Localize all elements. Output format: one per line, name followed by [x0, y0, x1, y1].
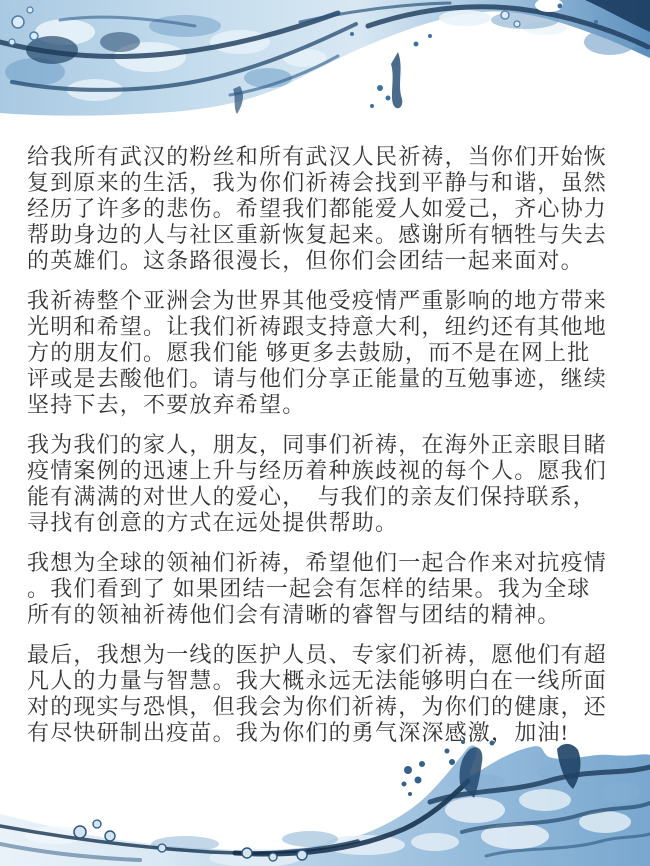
text-line: 所有的领袖祈祷他们会有清晰的睿智与团结的精神。: [27, 602, 627, 628]
water-splash-top-image: [0, 0, 650, 135]
text-line: 最后，我想为一线的医护人员、专家们祈祷，愿他们有超: [27, 642, 627, 668]
text-line: 能有满满的对世人的爱心， 与我们的亲友们保持联系，: [27, 484, 627, 510]
paragraph-family: 我为我们的家人，朋友，同事们祈祷，在海外正亲眼目睹疫情案例的迅速上升与经历着种族…: [27, 432, 627, 536]
prayer-text: 给我所有武汉的粉丝和所有武汉人民祈祷，当你们开始恢复到原来的生活，我为你们祈祷会…: [27, 144, 627, 760]
text-line: 方的朋友们。愿我们能 够更多去鼓励，而不是在网上批: [27, 340, 627, 366]
text-line: 有尽快研制出疫苗。我为你们的勇气深深感激，加油!: [27, 720, 627, 746]
text-line: 经历了许多的悲伤。希望我们都能爱人如爱己，齐心协力: [27, 196, 627, 222]
text-line: 评或是去酸他们。请与他们分享正能量的互勉事迹，继续: [27, 366, 627, 392]
text-line: 复到原来的生活，我为你们祈祷会找到平静与和谐，虽然: [27, 170, 627, 196]
document-page: 给我所有武汉的粉丝和所有武汉人民祈祷，当你们开始恢复到原来的生活，我为你们祈祷会…: [0, 0, 650, 866]
paragraph-medical: 最后，我想为一线的医护人员、专家们祈祷，愿他们有超凡人的力量与智慧。我大概永远无…: [27, 642, 627, 746]
text-line: 疫情案例的迅速上升与经历着种族歧视的每个人。愿我们: [27, 458, 627, 484]
text-line: 坚持下去，不要放弃希望。: [27, 392, 627, 418]
text-line: 帮助身边的人与社区重新恢复起来。感谢所有牺牲与失去: [27, 222, 627, 248]
text-line: 寻找有创意的方式在远处提供帮助。: [27, 510, 627, 536]
paragraph-asia: 我祈祷整个亚洲会为世界其他受疫情严重影响的地方带来光明和希望。让我们祈祷跟支持意…: [27, 288, 627, 418]
text-line: 我想为全球的领袖们祈祷，希望他们一起合作来对抗疫情: [27, 550, 627, 576]
paragraph-leaders: 我想为全球的领袖们祈祷，希望他们一起合作来对抗疫情。我们看到了 如果团结一起会有…: [27, 550, 627, 628]
text-line: 给我所有武汉的粉丝和所有武汉人民祈祷，当你们开始恢: [27, 144, 627, 170]
water-splash-top-svg: [0, 0, 650, 135]
paragraph-wuhan: 给我所有武汉的粉丝和所有武汉人民祈祷，当你们开始恢复到原来的生活，我为你们祈祷会…: [27, 144, 627, 274]
text-line: 我为我们的家人，朋友，同事们祈祷，在海外正亲眼目睹: [27, 432, 627, 458]
text-line: 凡人的力量与智慧。我大概永远无法能够明白在一线所面: [27, 668, 627, 694]
text-line: 对的现实与恐惧，但我会为你们祈祷，为你们的健康，还: [27, 694, 627, 720]
text-line: 。我们看到了 如果团结一起会有怎样的结果。我为全球: [27, 576, 627, 602]
text-line: 我祈祷整个亚洲会为世界其他受疫情严重影响的地方带来: [27, 288, 627, 314]
text-line: 光明和希望。让我们祈祷跟支持意大利，纽约还有其他地: [27, 314, 627, 340]
text-line: 的英雄们。这条路很漫长，但你们会团结一起来面对。: [27, 248, 627, 274]
